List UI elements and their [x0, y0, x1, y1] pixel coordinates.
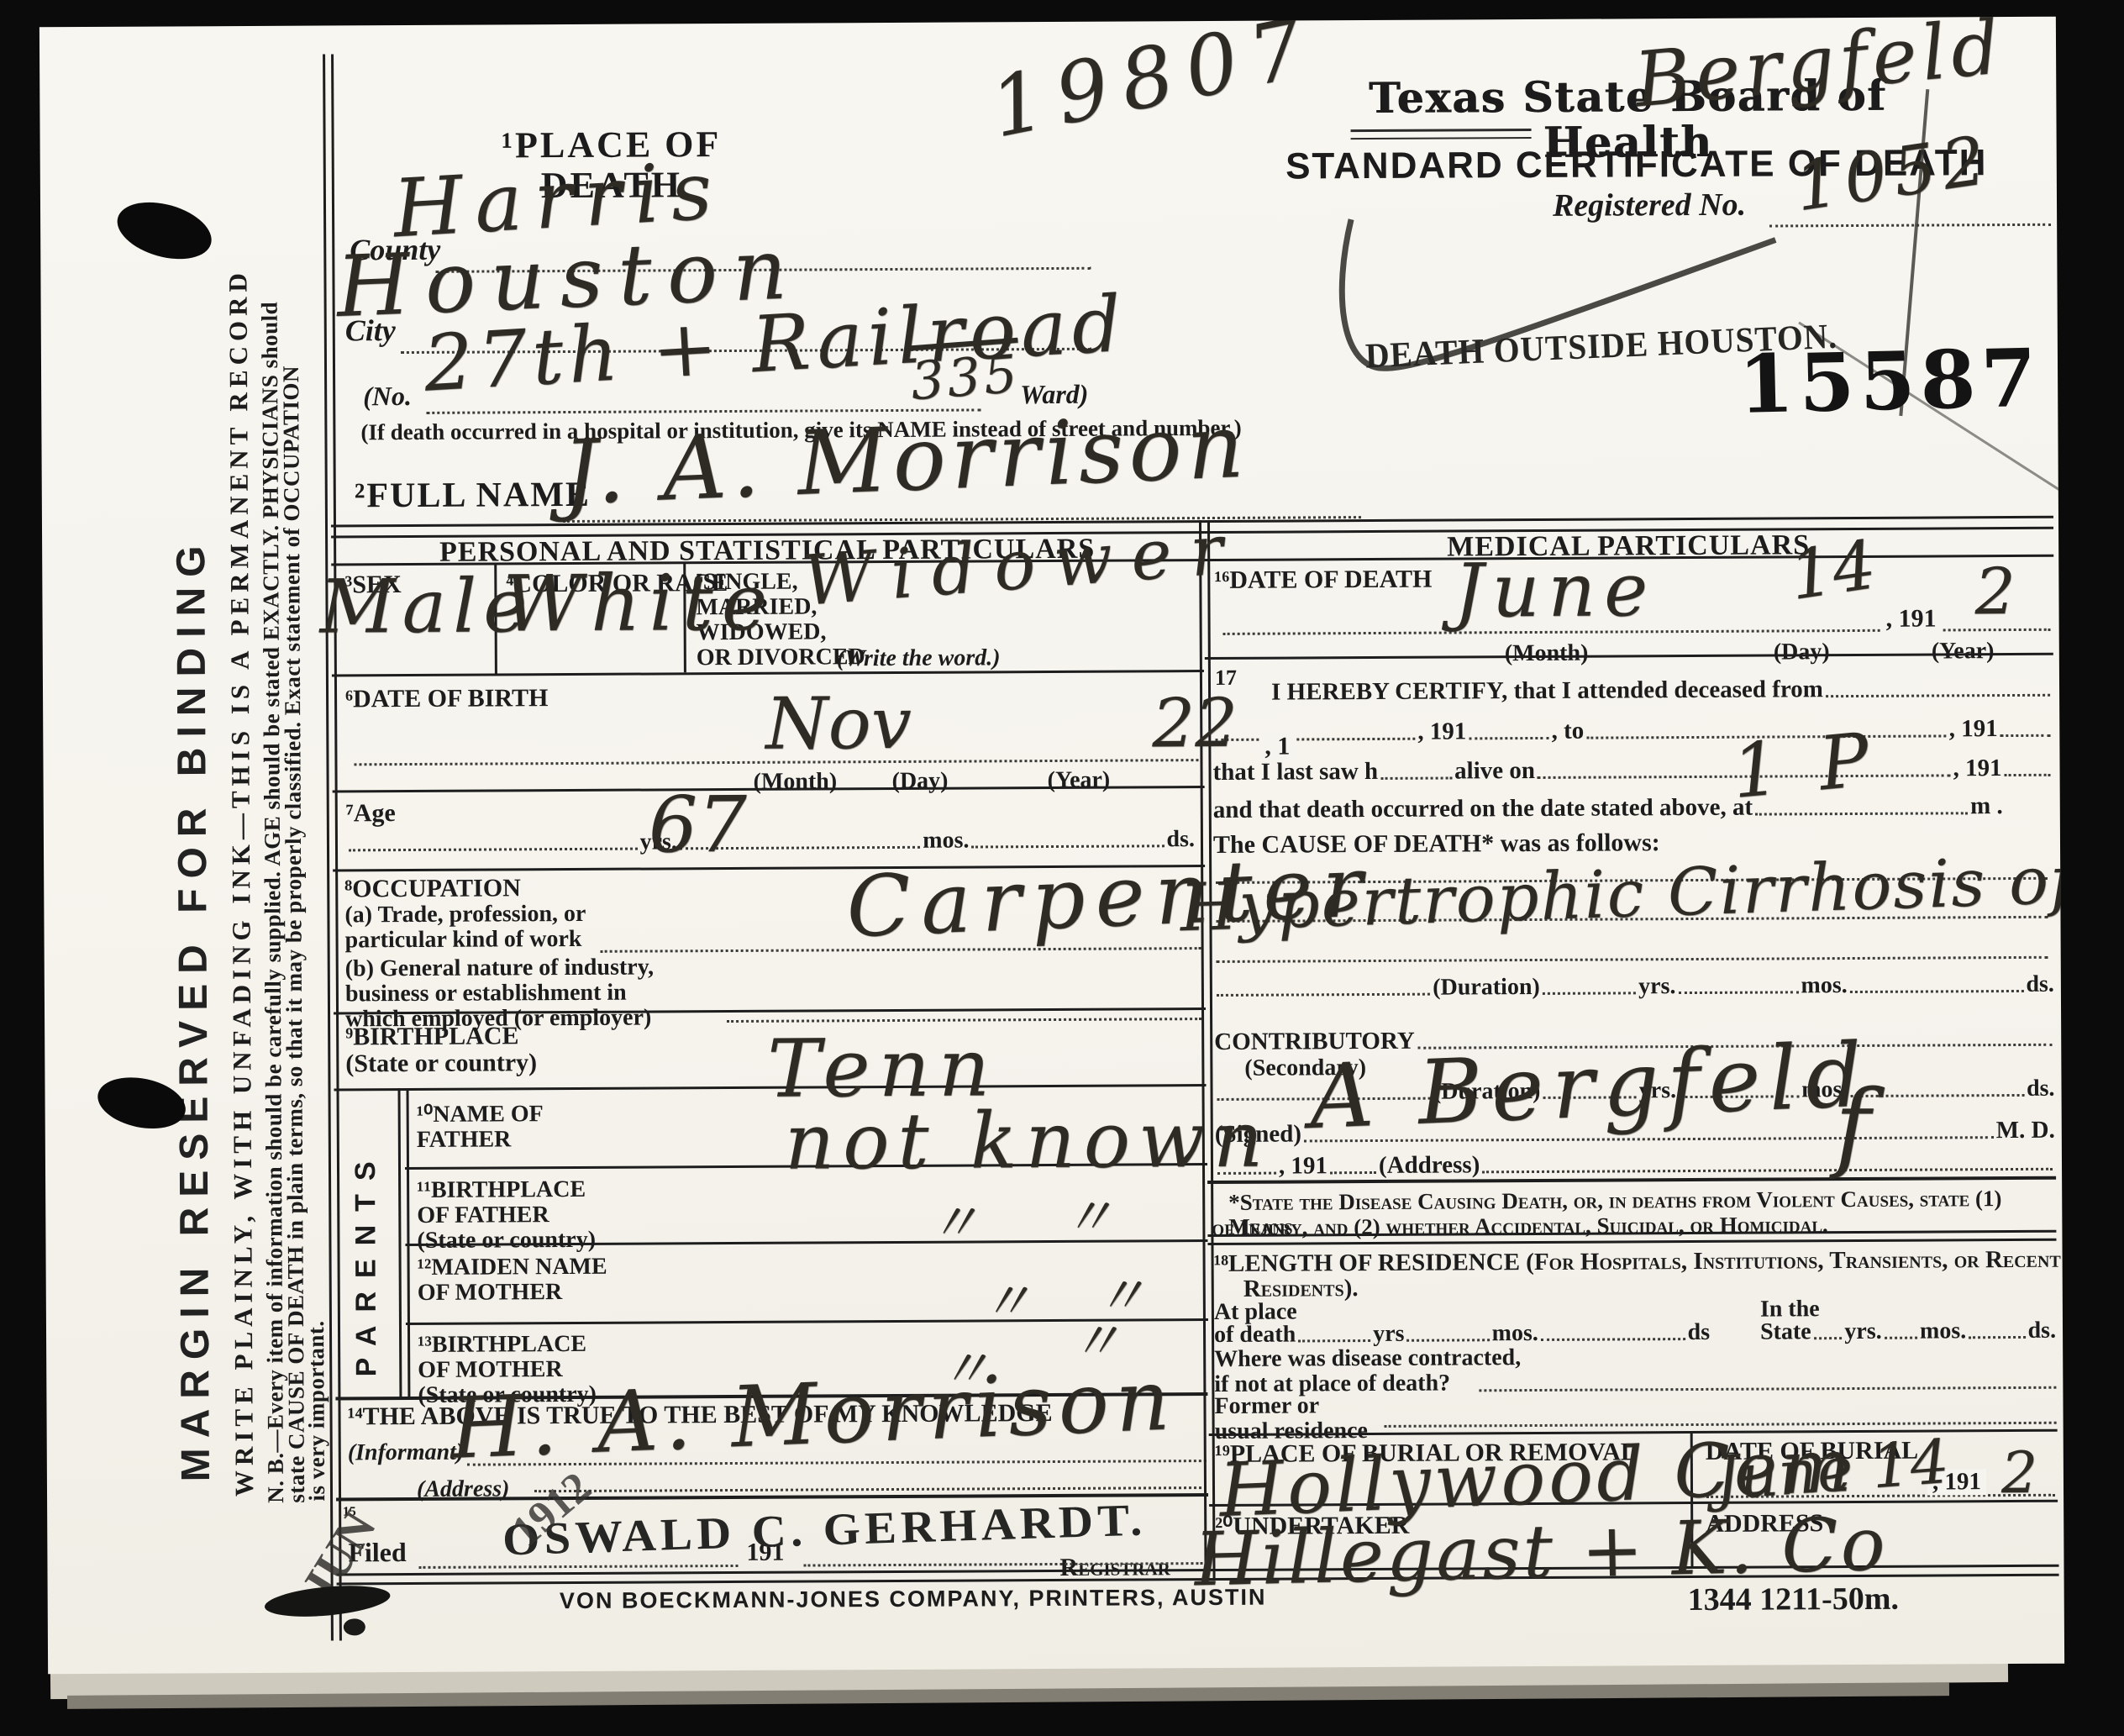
residence-mos-label: mos. — [1492, 1320, 1538, 1347]
age-value-handwritten: 67 — [649, 786, 748, 865]
pen-checkmark — [1317, 196, 1789, 408]
certify-line1: I HEREBY CERTIFY, that I attended deceas… — [1271, 672, 2053, 707]
contributory-ds-label: ds. — [2027, 1076, 2055, 1102]
signed-year-address-row: , 191 (Address) — [1215, 1146, 2055, 1181]
residence-of-death-label: of death — [1214, 1321, 1296, 1349]
date-of-death-year-printed: , 191 — [1881, 605, 1942, 633]
margin-nb-note-line3: is very important. — [304, 1320, 329, 1501]
cause-mos-label: mos. — [1801, 972, 1847, 999]
certificate-stamp-number: 15587 — [1738, 332, 2043, 432]
full-name-handwritten: J. A. Morrison — [561, 402, 1250, 518]
date-of-death-rule — [1205, 653, 2053, 660]
physician-signature-handwritten: A Bergfeld — [1308, 1031, 1872, 1142]
race-value-handwritten: White — [502, 565, 775, 644]
certify-line4-end: m . — [1970, 792, 2003, 820]
residence-where-label: Where was disease contracted, if not at … — [1214, 1345, 1521, 1397]
registrar-name-stamp: OSWALD C. GERHARDT. — [502, 1493, 1147, 1565]
residence-yrs2-label: yrs. — [1844, 1318, 1881, 1345]
certify-line3a-text: that I last saw h — [1212, 758, 1378, 786]
marital-note: (Write the word.) — [837, 645, 1001, 671]
date-of-death-label: ¹⁶DATE OF DEATH — [1214, 566, 1432, 595]
father-birthplace-ditto-2: 〃 — [1062, 1192, 1114, 1244]
dob-day-handwritten: 22 — [1152, 690, 1238, 758]
mother-maiden-label: ¹²MAIDEN NAME OF MOTHER — [418, 1255, 607, 1307]
dob-year-prefix: , 1 — [1259, 733, 1295, 760]
residence-in-state-row: State yrs. mos. ds. — [1760, 1316, 2056, 1346]
undertaker-handwritten: Hillegast + K. Co — [1194, 1507, 1889, 1597]
certify-line4: and that death occurred on the date stat… — [1213, 790, 2053, 824]
informant-address-line — [534, 1486, 1207, 1492]
dob-day-sublabel: (Day) — [892, 769, 949, 795]
residence-ds-label: ds — [1687, 1319, 1710, 1346]
age-mos-label: mos. — [923, 828, 969, 855]
death-day-handwritten: 14 — [1785, 531, 1880, 610]
signed-address-label: (Address) — [1379, 1151, 1480, 1180]
printer-ornament — [263, 1581, 391, 1622]
certify-year3: , 191 — [1953, 755, 2001, 782]
father-name-handwritten: not known — [785, 1102, 1272, 1181]
margin-write-plainly-note: WRITE PLAINLY, WITH UNFADING INK—THIS IS… — [223, 268, 258, 1497]
punch-hole-top — [111, 192, 218, 269]
dob-label: ⁶DATE OF BIRTH — [345, 685, 548, 713]
residence-ds2-label: ds. — [2027, 1318, 2056, 1344]
board-title-underline — [1351, 129, 1532, 139]
dob-month-sublabel: (Month) — [754, 769, 838, 795]
residence-yrs-label: yrs — [1373, 1321, 1404, 1348]
certify-line3: that I last saw h alive on , 191 — [1212, 752, 2053, 786]
death-month-handwritten: June — [1454, 553, 1656, 628]
certify-line4-text: and that death occurred on the date stat… — [1213, 794, 1753, 824]
age-label: ⁷Age — [346, 800, 396, 828]
scanned-death-certificate: MARGIN RESERVED FOR BINDING WRITE PLAINL… — [0, 0, 2124, 1736]
father-name-label: ¹⁰NAME OF FATHER — [417, 1102, 544, 1153]
death-year-handwritten: 2 — [1974, 560, 2016, 623]
residence-former-label: Former or usual residence — [1214, 1393, 1368, 1444]
cause-duration-row: (Duration) yrs. mos. ds. — [1214, 968, 2054, 1002]
informant-label: (Informant) — [348, 1440, 465, 1466]
burial-date-year-handwritten: 2 — [2001, 1445, 2038, 1502]
mother-maiden-ditto-1: 〃 — [981, 1276, 1033, 1328]
dob-year-sublabel: (Year) — [1048, 768, 1111, 794]
death-year-sublabel: (Year) — [1932, 639, 1995, 665]
ward-handwritten: 335 — [909, 348, 1023, 408]
occupation-line-a-label: (a) Trade, profession, or particular kin… — [344, 902, 586, 954]
certify-year1: , 191 — [1417, 718, 1466, 745]
certify-line3b-text: alive on — [1454, 757, 1535, 786]
occupation-label: ⁸OCCUPATION — [344, 875, 521, 902]
printer-ornament-dot — [344, 1618, 365, 1635]
occupation-line-b-label: (b) General nature of industry, business… — [345, 955, 655, 1033]
full-name-label: ²FULL NAME — [355, 476, 591, 516]
father-birthplace-ditto-1: 〃 — [928, 1197, 980, 1249]
death-day-sublabel: (Day) — [1774, 639, 1830, 665]
residence-mos2-label: mos. — [1920, 1318, 1966, 1344]
signature-flourish: f — [1834, 1078, 1870, 1175]
street-no-label: (No. — [363, 381, 412, 411]
certify-to-label: , to — [1551, 718, 1584, 745]
cause-line-3 — [1217, 956, 2048, 963]
cause-yrs-label: yrs. — [1638, 973, 1675, 1000]
sex-value-handwritten: Male — [319, 569, 534, 644]
birthplace-label: ⁹BIRTHPLACE (State or country) — [345, 1023, 537, 1078]
margin-binding-note: MARGIN RESERVED FOR BINDING — [168, 535, 219, 1481]
cause-duration-label: (Duration) — [1433, 974, 1540, 1002]
certificate-sheet: MARGIN RESERVED FOR BINDING WRITE PLAINL… — [39, 17, 2064, 1675]
informant-handwritten: H. A. Morrison — [449, 1358, 1178, 1471]
signed-year-printed: , 191 — [1279, 1152, 1327, 1180]
parents-group-label: PARENTS — [350, 1148, 383, 1376]
residence-where-dots — [1479, 1386, 2056, 1392]
certify-year2: , 191 — [1949, 715, 1998, 743]
burial-date-handwritten: June 14 — [1713, 1431, 1951, 1509]
residence-at-place-row: of death yrs mos. ds — [1214, 1318, 1710, 1349]
sex-row-rule — [332, 670, 1204, 676]
residence-label-line1: ¹⁸LENGTH OF RESIDENCE (For Hospitals, In… — [1214, 1247, 2061, 1278]
residence-state-label: State — [1760, 1318, 1811, 1345]
md-label: M. D. — [1996, 1117, 2055, 1144]
file-number-handwritten: 19807 — [984, 17, 1322, 150]
dob-month-handwritten: Nov — [765, 688, 912, 760]
filed-line-1 — [418, 1565, 738, 1569]
death-month-sublabel: (Month) — [1505, 641, 1589, 667]
certify-line2: , 191 , to , 191 — [1212, 713, 2053, 747]
center-column-divider — [1199, 520, 1216, 1581]
cause-ds-label: ds. — [2026, 971, 2054, 998]
death-time-handwritten: 1 P — [1729, 722, 1881, 809]
certify-line1-text: I HEREBY CERTIFY, that I attended deceas… — [1271, 676, 1823, 706]
